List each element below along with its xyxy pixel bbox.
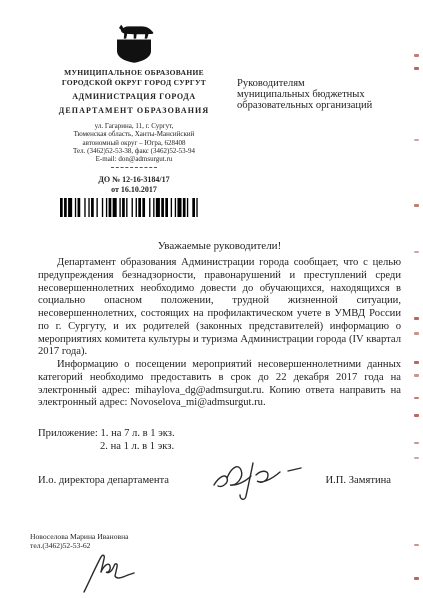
org-name-line2: ГОРОДСКОЙ ОКРУГ ГОРОД СУРГУТ	[36, 78, 232, 88]
executor-name: Новоселова Марина Ивановна	[30, 532, 129, 541]
barcode	[59, 198, 209, 217]
scan-artifact	[414, 332, 419, 335]
address-street: ул. Гагарина, 11, г. Сургут,	[36, 122, 232, 130]
signature-row: И.о. директора департамента И.П. Замятин…	[38, 455, 401, 505]
letterhead-separator	[111, 167, 157, 168]
attachment-row1: Приложение: 1. на 7 л. в 1 экз.	[38, 427, 338, 440]
department-title: ДЕПАРТАМЕНТ ОБРАЗОВАНИЯ	[36, 106, 232, 116]
scan-artifact	[414, 251, 419, 253]
letter-page: МУНИЦИПАЛЬНОЕ ОБРАЗОВАНИЕ ГОРОДСКОЙ ОКРУ…	[0, 0, 423, 598]
scan-artifact	[414, 67, 419, 70]
scan-artifact	[414, 204, 419, 207]
letterhead-address: ул. Гагарина, 11, г. Сургут, Тюменская о…	[36, 122, 232, 163]
scan-artifact	[414, 139, 419, 141]
scan-artifact	[414, 54, 419, 57]
scan-artifact	[414, 397, 419, 399]
signer-position: И.о. директора департамента	[38, 475, 169, 486]
letter-body: Департамент образования Администрации го…	[38, 257, 401, 410]
surgut-coat-of-arms-icon	[111, 24, 157, 66]
scan-artifact	[414, 577, 419, 580]
signature-scribble-icon	[206, 455, 316, 503]
attachment-block: Приложение: 1. на 7 л. в 1 экз. 2. на 1 …	[38, 427, 338, 453]
body-paragraph-2: Информацию о посещении мероприятий несов…	[38, 359, 401, 410]
signer-name: И.П. Замятина	[325, 475, 391, 486]
scan-artifact	[414, 544, 419, 546]
scan-artifact	[414, 442, 419, 444]
attachment-item2: 2. на 1 л. в 1 экз.	[38, 440, 338, 453]
address-region: Тюменская область, Ханты-Мансийский	[36, 130, 232, 138]
scan-artifact	[414, 414, 419, 417]
org-name-line1: МУНИЦИПАЛЬНОЕ ОБРАЗОВАНИЕ	[36, 68, 232, 78]
recipient-block: Руководителям муниципальных бюджетных об…	[237, 78, 407, 111]
scan-artifact	[414, 361, 419, 364]
scan-artifact	[414, 374, 419, 377]
attachment-label: Приложение:	[38, 428, 98, 439]
salutation: Уважаемые руководители!	[38, 240, 401, 252]
attachment-item1: 1. на 7 л. в 1 экз.	[100, 428, 174, 439]
handwritten-initials-icon	[76, 550, 140, 596]
recipient-line3: образовательных организаций	[237, 100, 407, 111]
letterhead: МУНИЦИПАЛЬНОЕ ОБРАЗОВАНИЕ ГОРОДСКОЙ ОКРУ…	[36, 24, 232, 217]
address-okrug: автономный округ – Югра, 628408	[36, 139, 232, 147]
executor-phone: тел.(3462)52-53-62	[30, 541, 129, 550]
address-email: E-mail: don@admsurgut.ru	[36, 155, 232, 163]
document-number: ДО № 12-16-3184/17	[36, 175, 232, 185]
address-phone-fax: Тел. (3462)52-53-38, факс (3462)52-53-94	[36, 147, 232, 155]
body-paragraph-1: Департамент образования Администрации го…	[38, 257, 401, 359]
document-date: от 16.10.2017	[36, 185, 232, 195]
executor-contact: Новоселова Марина Ивановна тел.(3462)52-…	[30, 532, 129, 550]
administration-title: АДМИНИСТРАЦИЯ ГОРОДА	[36, 92, 232, 102]
recipient-line2: муниципальных бюджетных	[237, 89, 407, 100]
scan-artifact	[414, 457, 419, 459]
recipient-line1: Руководителям	[237, 78, 407, 89]
scan-artifact	[414, 317, 419, 320]
